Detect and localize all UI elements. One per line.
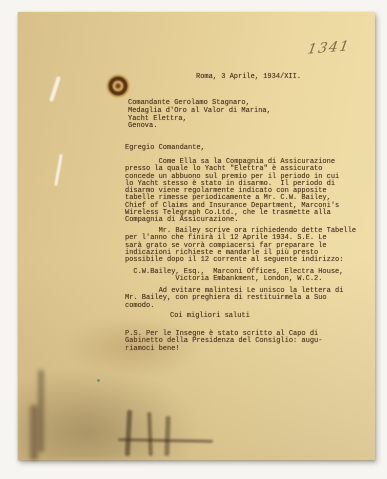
closing-salutation: Coi migliori saluti [170, 313, 250, 320]
letter-paper: 1341 Roma, 3 Aprile, 1934/XII. Comandant… [18, 12, 375, 460]
ink-speck [97, 379, 100, 382]
postscript: P.S. Per le Insegne è stato scritto al C… [125, 331, 322, 353]
paper-scratch [54, 154, 63, 186]
burn-ring-stain [106, 74, 130, 98]
scanned-letter-background: 1341 Roma, 3 Aprile, 1934/XII. Comandant… [0, 0, 387, 479]
recipient-address: Comandante Gerolamo Stagnaro, Medaglia d… [128, 100, 271, 131]
salutation: Egregio Comandante, [125, 145, 205, 152]
body-paragraph-3: Ad evitare malintesi Le unisco la letter… [125, 288, 343, 310]
burn-streak [38, 370, 44, 452]
burn-streak [30, 405, 38, 460]
catalog-number-handwritten: 1341 [306, 38, 351, 58]
burn-streak [164, 416, 170, 456]
paper-scratch [49, 76, 61, 102]
burn-streak [125, 410, 132, 456]
dateline: Roma, 3 Aprile, 1934/XII. [196, 74, 301, 81]
burn-streak [147, 412, 153, 456]
inner-address: C.W.Bailey, Esq., Marconi Offices, Elect… [125, 269, 343, 284]
body-paragraph-2: Mr. Bailey scrive ora richiedendo dette … [125, 228, 356, 264]
body-paragraph-1: Come Ella sa la Compagnia di Assicurazio… [125, 159, 339, 225]
